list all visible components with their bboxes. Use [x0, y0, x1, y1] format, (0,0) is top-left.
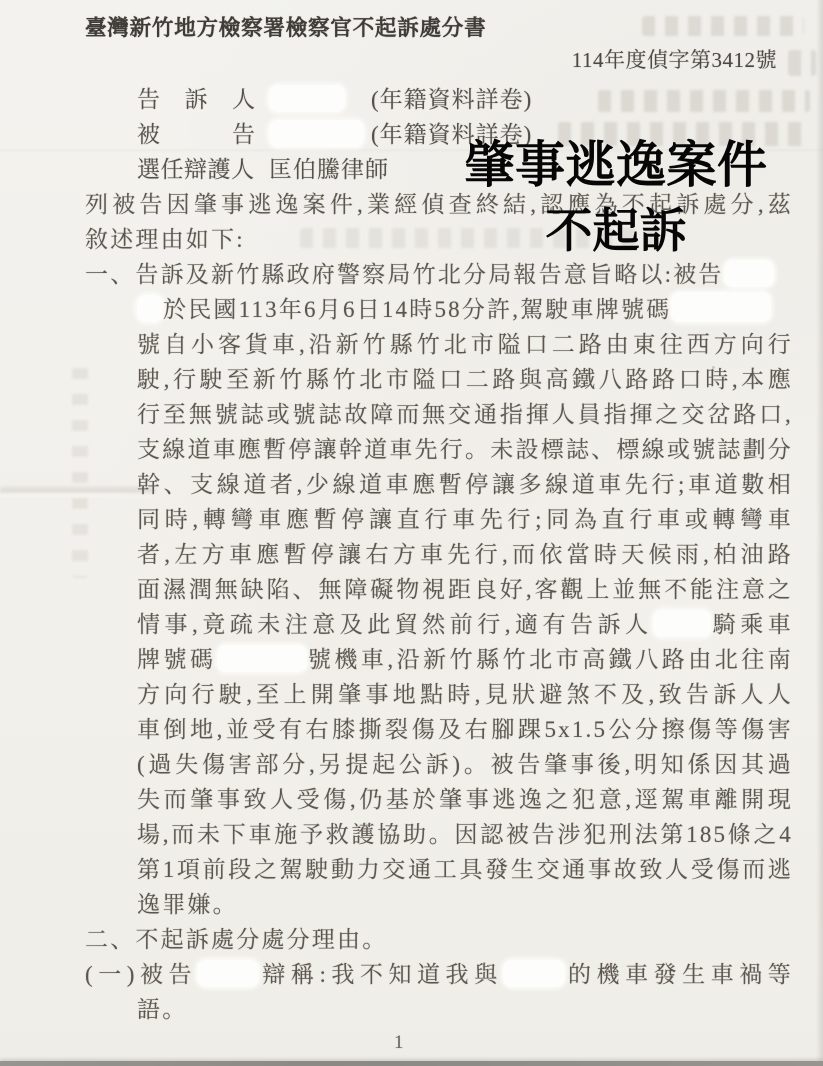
document-line: 失而肇事致人受傷,仍基於肇事逃逸之犯意,逕駕車離開現	[85, 782, 793, 817]
document-line: 面濕潤無缺陷、無障礙物視距良好,客觀上並無不能注意之	[85, 572, 793, 607]
document-line: 幹、支線道者,少線道車應暫停讓多線道車先行;車道數相	[85, 467, 793, 502]
document-line: 號自小客貨車,沿新竹縣竹北市隘口二路由東往西方向行	[85, 327, 793, 362]
party-note: (年籍資料詳卷)	[371, 87, 532, 112]
document-line: 車倒地,並受有右膝撕裂傷及右腳踝5x1.5公分擦傷等傷害	[85, 712, 793, 747]
redaction-box	[137, 295, 163, 322]
party-name-slot	[269, 117, 371, 152]
defense-counsel-name: 匡伯騰律師	[269, 157, 389, 182]
party-role: 選任辯護人	[137, 152, 255, 187]
annotation-line1: 肇事逃逸案件	[438, 139, 794, 191]
text-segment: 場,而未下車施予救護協助。因認被告涉犯刑法第185條之4	[137, 822, 793, 847]
document-line: (過失傷害部分,另提起公訴)。被告肇事後,明知係因其過	[85, 747, 793, 782]
text-segment: 的機車發生車禍等	[565, 962, 793, 987]
document-line: 者,左方車應暫停讓右方車先行,而依當時天候雨,柏油路	[85, 537, 793, 572]
party-name-slot	[269, 82, 371, 117]
document-line: 牌號碼號機車,沿新竹縣竹北市高鐵八路由北往南	[85, 642, 793, 677]
document-line: 第1項前段之駕駛動力交通工具發生交通事故致人受傷而逃	[85, 852, 793, 887]
page-number: 1	[394, 1032, 404, 1054]
scan-edge-bottom	[0, 1061, 823, 1066]
document-line: 一、告訴及新竹縣政府警察局竹北分局報告意旨略以:被告	[85, 257, 793, 292]
document-line: 場,而未下車施予救護協助。因認被告涉犯刑法第185條之4	[85, 817, 793, 852]
text-segment: 敘述理由如下:	[85, 227, 245, 252]
document-line: 方向行駛,至上開肇事地點時,見狀避煞不及,致告訴人人	[85, 677, 793, 712]
document-line: 語。	[85, 992, 793, 1027]
text-segment: 逸罪嫌。	[137, 892, 238, 917]
text-segment: 情事,竟疏未注意及此貿然前行,適有告訴人	[137, 612, 653, 637]
party-name-slot: 匡伯騰律師	[269, 152, 389, 187]
scan-edge-shadow	[816, 0, 823, 1066]
text-segment: 車倒地,並受有右膝撕裂傷及右腳踝5x1.5公分擦傷等傷害	[137, 717, 793, 742]
redaction-box	[197, 960, 259, 987]
text-segment: 幹、支線道者,少線道車應暫停讓多線道車先行;車道數相	[137, 472, 793, 497]
redaction-box	[269, 85, 345, 112]
document-title: 臺灣新竹地方檢察署檢察官不起訴處分書	[85, 11, 486, 42]
text-segment: 失而肇事致人受傷,仍基於肇事逃逸之犯意,逕駕車離開現	[137, 787, 793, 812]
text-segment: 於民國113年6月6日14時58分許,駕駛車牌號碼	[163, 297, 671, 322]
document-line: 二、不起訴處分處分理由。	[85, 922, 793, 957]
redaction-box	[653, 610, 711, 637]
redaction-box	[724, 260, 774, 287]
text-segment: 同時,轉彎車應暫停讓直行車先行;同為直行車或轉彎車	[137, 507, 793, 532]
document-line: 逸罪嫌。	[85, 887, 793, 922]
annotation-line2: 不起訴	[438, 207, 794, 255]
scanned-document-page: 臺灣新竹地方檢察署檢察官不起訴處分書 114年度偵字第3412號 告訴人(年籍資…	[0, 0, 823, 1066]
text-segment: 號自小客貨車,沿新竹縣竹北市隘口二路由東往西方向行	[137, 332, 793, 357]
text-segment: (過失傷害部分,另提起公訴)。被告肇事後,明知係因其過	[137, 752, 793, 777]
redaction-box	[217, 645, 307, 672]
document-line: 於民國113年6月6日14時58分許,駕駛車牌號碼	[85, 292, 793, 327]
bleedthrough-ghost	[642, 16, 804, 36]
document-line: 同時,轉彎車應暫停讓直行車先行;同為直行車或轉彎車	[85, 502, 793, 537]
text-segment: 一、告訴及新竹縣政府警察局竹北分局報告意旨略以:被告	[85, 262, 724, 287]
case-number: 114年度偵字第3412號	[0, 44, 777, 74]
text-segment: 方向行駛,至上開肇事地點時,見狀避煞不及,致告訴人人	[137, 682, 793, 707]
text-segment: 語。	[137, 997, 187, 1022]
document-line: 支線道車應暫停讓幹道車先行。未設標誌、標線或號誌劃分	[85, 432, 793, 467]
text-segment: 騎乘車	[711, 612, 794, 637]
redaction-box	[503, 960, 565, 987]
text-segment: 牌號碼	[137, 647, 217, 672]
party-role: 被告	[137, 117, 255, 152]
party-role: 告訴人	[137, 82, 255, 117]
text-segment: 面濕潤無缺陷、無障礙物視距良好,客觀上並無不能注意之	[137, 577, 793, 602]
text-segment: 二、不起訴處分處分理由。	[85, 927, 387, 952]
redaction-box	[269, 120, 364, 147]
redaction-box	[671, 292, 771, 322]
text-segment: (一)被告	[85, 962, 197, 987]
text-segment: 駛,行駛至新竹縣竹北市隘口二路與高鐵八路路口時,本應	[137, 367, 793, 392]
document-line: 行至無號誌或號誌故障而無交通指揮人員指揮之交岔路口,	[85, 397, 793, 432]
document-body: 列被告因肇事逃逸案件,業經偵查終結,認應為不起訴處分,茲敘述理由如下:一、告訴及…	[85, 187, 793, 1027]
text-segment: 第1項前段之駕駛動力交通工具發生交通事故致人受傷而逃	[137, 857, 793, 882]
text-segment: 辯稱:我不知道我與	[259, 962, 503, 987]
text-segment: 支線道車應暫停讓幹道車先行。未設標誌、標線或號誌劃分	[137, 437, 793, 462]
party-row: 告訴人(年籍資料詳卷)	[137, 82, 697, 117]
text-segment: 號機車,沿新竹縣竹北市高鐵八路由北往南	[307, 647, 793, 672]
document-line: (一)被告辯稱:我不知道我與的機車發生車禍等	[85, 957, 793, 992]
document-line: 駛,行駛至新竹縣竹北市隘口二路與高鐵八路路口時,本應	[85, 362, 793, 397]
text-segment: 者,左方車應暫停讓右方車先行,而依當時天候雨,柏油路	[137, 542, 793, 567]
document-line: 情事,竟疏未注意及此貿然前行,適有告訴人騎乘車	[85, 607, 793, 642]
case-annotation-overlay: 肇事逃逸案件 不起訴	[438, 139, 794, 255]
text-segment: 行至無號誌或號誌故障而無交通指揮人員指揮之交岔路口,	[137, 402, 793, 427]
bleedthrough-ghost	[788, 50, 816, 76]
